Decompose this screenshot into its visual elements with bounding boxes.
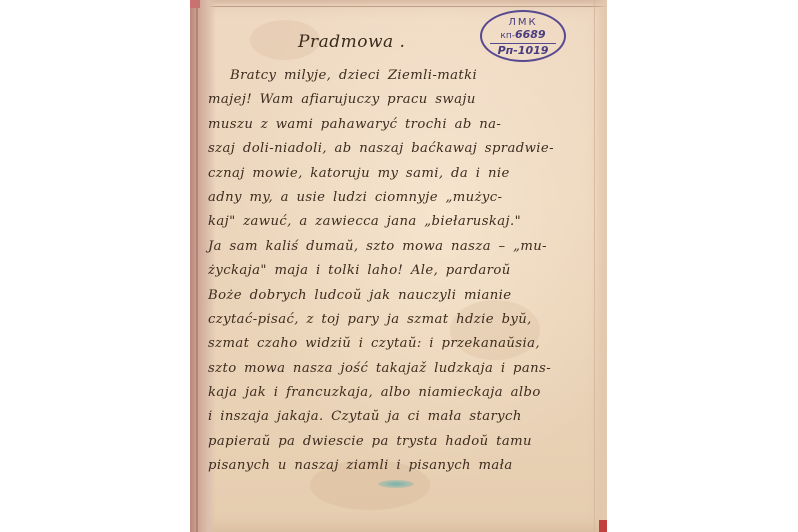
manuscript-text: Bratcy milyje, dzieci Ziemli-matki majej… bbox=[208, 64, 600, 479]
text-line: życkaja" maja i tolki laho! Ale, pardaro… bbox=[208, 259, 600, 283]
blue-ink-blot bbox=[378, 480, 414, 488]
manuscript-page: ЛМК кп-6689 Рп-1019 Pradmowa . Bratcy mi… bbox=[190, 0, 607, 532]
red-cover-corner-bottom bbox=[599, 520, 607, 532]
stamp-row2-number: 1019 bbox=[518, 44, 549, 57]
text-line: majej! Wam afiarujuczy pracu swaju bbox=[208, 88, 600, 112]
red-cover-corner-top bbox=[190, 0, 200, 8]
text-line: cznaj mowie, katoruju my sami, da i nie bbox=[208, 162, 600, 186]
text-line: muszu z wami pahawaryć trochi ab na- bbox=[208, 113, 600, 137]
stamp-title: ЛМК bbox=[482, 17, 564, 28]
text-line: szto mowa nasza jość takajaž ludzkaja i … bbox=[208, 357, 600, 381]
page-top-edge bbox=[190, 0, 607, 7]
stamp-row1-number: 6689 bbox=[515, 28, 546, 41]
stamp-row2-prefix: Рп- bbox=[498, 44, 518, 57]
text-line: kaj" zawuć, a zawiecca jana „biełaruskaj… bbox=[208, 210, 600, 234]
library-stamp: ЛМК кп-6689 Рп-1019 bbox=[480, 10, 566, 62]
page-title: Pradmowa . bbox=[298, 32, 405, 52]
text-line: czytać-pisać, z toj pary ja szmat hdzie … bbox=[208, 308, 600, 332]
text-line: kaja jak i francuzkaja, albo niamieckaja… bbox=[208, 381, 600, 405]
text-line: szmat czaho widziŭ i czytaŭ: i przekanaŭ… bbox=[208, 332, 600, 356]
text-line: Boże dobrych ludcoŭ jak nauczyli mianie bbox=[208, 284, 600, 308]
text-line: adny my, a usie ludzi ciomnyje „mużyc- bbox=[208, 186, 600, 210]
text-line: Bratcy milyje, dzieci Ziemli-matki bbox=[208, 64, 600, 88]
text-line: Ja sam kaliś dumaŭ, szto mowa nasza – „m… bbox=[208, 235, 600, 259]
text-line: i inszaja jakaja. Czytaŭ ja ci mała star… bbox=[208, 405, 600, 429]
stamp-row1-prefix: кп- bbox=[500, 31, 515, 41]
stamp-inventory-number: кп-6689 bbox=[482, 28, 564, 43]
text-line: szaj doli-niadoli, ab naszaj baćkawaj sp… bbox=[208, 137, 600, 161]
text-line: papieraŭ pa dwiescie pa trysta hadoŭ tam… bbox=[208, 430, 600, 454]
text-line: pisanych u naszaj ziamli i pisanych mała bbox=[208, 454, 600, 478]
stamp-manuscript-number: Рп-1019 bbox=[482, 44, 564, 57]
